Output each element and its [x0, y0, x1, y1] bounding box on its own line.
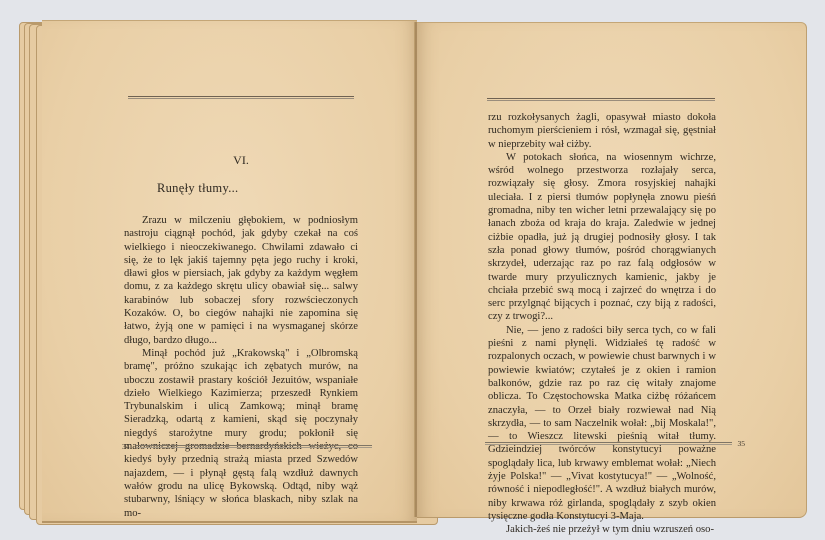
header-rule: [487, 98, 715, 101]
paragraph: Nie, — jeno z radości biły serca tych, c…: [488, 324, 716, 523]
left-page-body: Zrazu w milczeniu głębokiem, w podniosły…: [124, 214, 358, 520]
right-page: rzu rozkołysanych żagli, opasywał miasto…: [417, 22, 807, 518]
right-page-footer: 35: [485, 439, 745, 448]
paragraph: W potokach słońca, na wiosennym wichrze,…: [488, 151, 716, 324]
footer-rule: [485, 442, 732, 445]
chapter-number: VI.: [124, 153, 358, 168]
page-number: 34: [122, 442, 130, 451]
paragraph: rzu rozkołysanych żagli, opasywał miasto…: [488, 111, 716, 151]
right-page-body: rzu rozkołysanych żagli, opasywał miasto…: [488, 111, 716, 537]
left-page-footer: 34: [122, 442, 372, 451]
left-page: VI. Runęły tłumy... Zrazu w milczeniu gł…: [42, 20, 417, 523]
header-rule: [128, 96, 354, 99]
chapter-title: Runęły tłumy...: [157, 181, 238, 196]
paragraph: Zrazu w milczeniu głębokiem, w podniosły…: [124, 214, 358, 347]
page-number: 35: [738, 439, 746, 448]
paragraph: Jakich-żeś nie przeżył w tym dniu wzrusz…: [488, 523, 716, 536]
footer-rule: [136, 445, 373, 448]
paragraph: Minął pochód już „Krakowską" i „Olbromsk…: [124, 347, 358, 520]
book-photo: VI. Runęły tłumy... Zrazu w milczeniu gł…: [0, 0, 825, 540]
